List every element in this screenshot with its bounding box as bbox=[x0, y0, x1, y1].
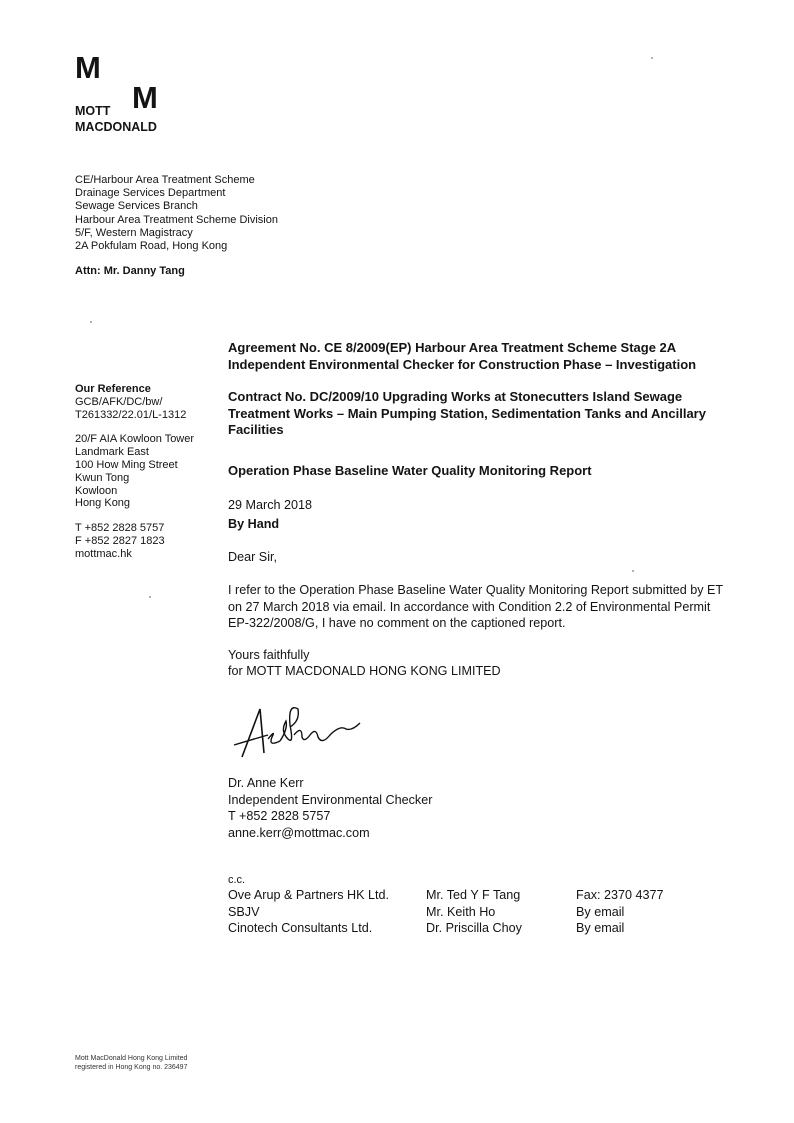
letter-body: I refer to the Operation Phase Baseline … bbox=[228, 582, 728, 632]
cc-org: Cinotech Consultants Ltd. bbox=[228, 920, 426, 937]
address-line: Drainage Services Department bbox=[75, 187, 278, 200]
sender-address-line: 20/F AIA Kowloon Tower bbox=[75, 433, 194, 446]
cc-label: c.c. bbox=[228, 873, 664, 887]
cc-method: By email bbox=[576, 904, 624, 921]
cc-row: SBJV Mr. Keith Ho By email bbox=[228, 904, 664, 921]
address-line: Sewage Services Branch bbox=[75, 200, 278, 213]
agreement-subject: Agreement No. CE 8/2009(EP) Harbour Area… bbox=[228, 340, 728, 373]
signatory-title: Independent Environmental Checker bbox=[228, 792, 432, 809]
attention-line: Attn: Mr. Danny Tang bbox=[75, 265, 185, 277]
scan-speck bbox=[632, 570, 634, 572]
closing: Yours faithfully bbox=[228, 647, 309, 664]
sender-address-line: 100 How Ming Street bbox=[75, 459, 194, 472]
reference-label: Our Reference bbox=[75, 383, 194, 396]
signature bbox=[228, 695, 368, 767]
company-logo: MOTT MACDONALD bbox=[75, 103, 157, 135]
signatory-block: Dr. Anne Kerr Independent Environmental … bbox=[228, 775, 432, 841]
reference-line: GCB/AFK/DC/bw/ bbox=[75, 396, 194, 409]
recipient-address: CE/Harbour Area Treatment Scheme Drainag… bbox=[75, 174, 278, 253]
logo-line-2: MACDONALD bbox=[75, 119, 157, 135]
sender-phone: T +852 2828 5757 bbox=[75, 522, 194, 535]
signatory-email[interactable]: anne.kerr@mottmac.com bbox=[228, 825, 432, 842]
delivery-method: By Hand bbox=[228, 516, 279, 533]
cc-person: Dr. Priscilla Choy bbox=[426, 920, 576, 937]
signatory-name: Dr. Anne Kerr bbox=[228, 775, 432, 792]
sender-address-line: Landmark East bbox=[75, 446, 194, 459]
logo-mark-left: M bbox=[75, 52, 100, 83]
sender-fax: F +852 2827 1823 bbox=[75, 535, 194, 548]
address-line: 5/F, Western Magistracy bbox=[75, 227, 278, 240]
cc-list: c.c. Ove Arup & Partners HK Ltd. Mr. Ted… bbox=[228, 873, 664, 937]
scan-speck bbox=[90, 321, 92, 323]
report-title: Operation Phase Baseline Water Quality M… bbox=[228, 463, 728, 480]
registration-footer: Mott MacDonald Hong Kong Limited registe… bbox=[75, 1055, 187, 1072]
contract-subject: Contract No. DC/2009/10 Upgrading Works … bbox=[228, 389, 738, 439]
cc-org: Ove Arup & Partners HK Ltd. bbox=[228, 887, 426, 904]
footer-line: Mott MacDonald Hong Kong Limited bbox=[75, 1055, 187, 1064]
scan-speck bbox=[149, 596, 151, 598]
address-line: 2A Pokfulam Road, Hong Kong bbox=[75, 240, 278, 253]
sender-sidebar: Our Reference GCB/AFK/DC/bw/ T261332/22.… bbox=[75, 383, 194, 561]
signatory-phone: T +852 2828 5757 bbox=[228, 808, 432, 825]
salutation: Dear Sir, bbox=[228, 549, 277, 566]
logo-line-1: MOTT bbox=[75, 103, 157, 119]
reference-line: T261332/22.01/L-1312 bbox=[75, 409, 194, 422]
footer-line: registered in Hong Kong no. 236497 bbox=[75, 1064, 187, 1073]
cc-org: SBJV bbox=[228, 904, 426, 921]
sender-website[interactable]: mottmac.hk bbox=[75, 548, 194, 561]
address-line: CE/Harbour Area Treatment Scheme bbox=[75, 174, 278, 187]
cc-person: Mr. Keith Ho bbox=[426, 904, 576, 921]
address-line: Harbour Area Treatment Scheme Division bbox=[75, 214, 278, 227]
cc-row: Cinotech Consultants Ltd. Dr. Priscilla … bbox=[228, 920, 664, 937]
cc-person: Mr. Ted Y F Tang bbox=[426, 887, 576, 904]
sender-address-line: Kwun Tong bbox=[75, 472, 194, 485]
sender-address-line: Kowloon bbox=[75, 485, 194, 498]
sender-address-line: Hong Kong bbox=[75, 497, 194, 510]
cc-method: Fax: 2370 4377 bbox=[576, 887, 664, 904]
company-line: for MOTT MACDONALD HONG KONG LIMITED bbox=[228, 663, 501, 680]
letter-date: 29 March 2018 bbox=[228, 497, 312, 514]
cc-row: Ove Arup & Partners HK Ltd. Mr. Ted Y F … bbox=[228, 887, 664, 904]
scan-speck bbox=[651, 57, 653, 59]
cc-method: By email bbox=[576, 920, 624, 937]
